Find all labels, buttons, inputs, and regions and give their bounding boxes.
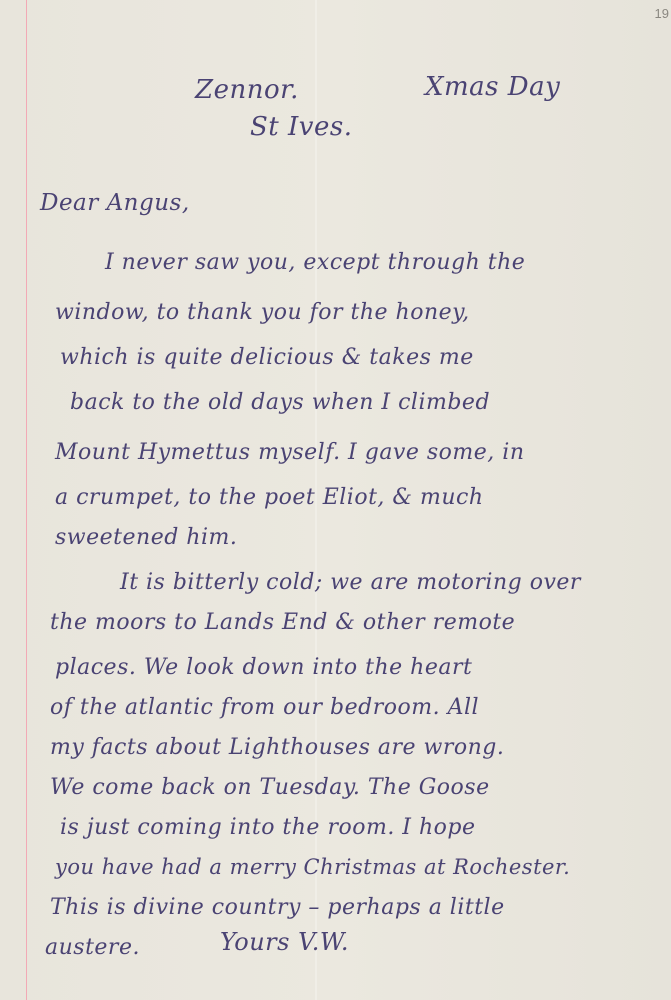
page-number: 19 <box>655 6 669 21</box>
body-line: window, to thank you for the honey, <box>55 300 470 325</box>
salutation: Dear Angus, <box>40 190 190 216</box>
place-line-2: St Ives. <box>250 112 352 142</box>
body-line: We come back on Tuesday. The Goose <box>50 775 490 800</box>
body-line: of the atlantic from our bedroom. All <box>50 695 479 720</box>
body-line: which is quite delicious & takes me <box>60 345 474 370</box>
letter-date: Xmas Day <box>425 72 560 102</box>
body-line: my facts about Lighthouses are wrong. <box>50 735 504 760</box>
body-line: you have had a merry Christmas at Roches… <box>55 855 570 879</box>
body-line: This is divine country – perhaps a littl… <box>50 895 505 920</box>
body-line: back to the old days when I climbed <box>70 390 490 415</box>
body-line: the moors to Lands End & other remote <box>50 610 515 635</box>
body-line: is just coming into the room. I hope <box>60 815 476 840</box>
body-line: austere. <box>45 935 140 960</box>
body-line: I never saw you, except through the <box>105 250 525 275</box>
body-line: a crumpet, to the poet Eliot, & much <box>55 485 484 510</box>
body-line: Mount Hymettus myself. I gave some, in <box>55 440 524 465</box>
body-line: sweetened him. <box>55 525 237 550</box>
margin-rule <box>26 0 27 1000</box>
signature: Yours V.W. <box>220 928 349 956</box>
body-line: places. We look down into the heart <box>55 655 472 680</box>
place-line-1: Zennor. <box>195 75 299 105</box>
letter-page: 19 Zennor. St Ives. Xmas Day Dear Angus,… <box>0 0 671 1000</box>
body-line: It is bitterly cold; we are motoring ove… <box>120 570 581 595</box>
